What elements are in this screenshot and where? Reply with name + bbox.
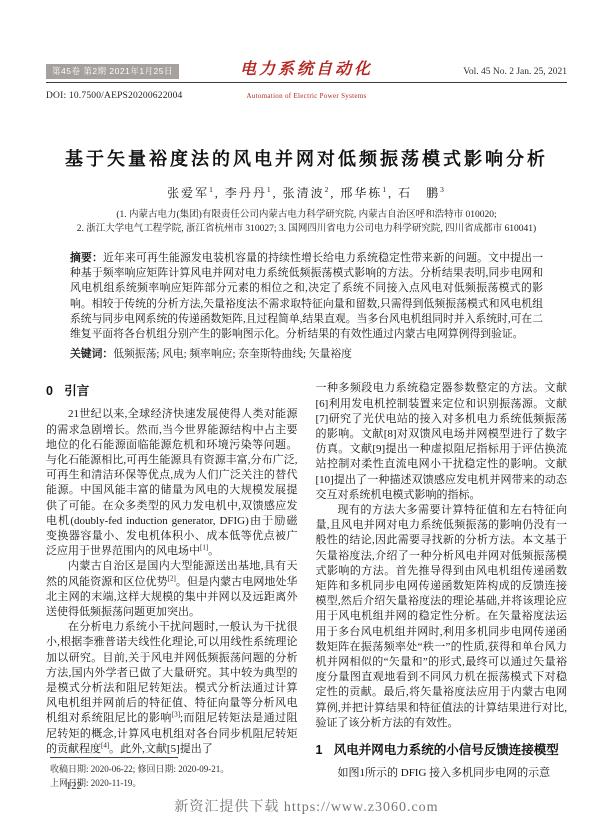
keywords-text: 低频振荡; 风电; 频率响应; 奈奎斯特曲线; 矢量裕度 [113, 348, 352, 360]
paragraph: 内蒙古自治区是国内大型能源送出基地,具有天然的风能资源和区位优势[2]。但是内蒙… [46, 559, 298, 620]
affiliation-line-2: 2. 浙江大学电气工程学院, 浙江省杭州市 310027; 3. 国网四川省电力… [46, 223, 567, 237]
journal-logo: 电力系统自动化 [240, 59, 373, 78]
header-center-cell: 电力系统自动化 [220, 56, 394, 79]
left-column: 0引言 21世纪以来,全球经济快速发展使得人类对能源的需求急剧增长。然而,当今世… [46, 381, 298, 779]
header-row-bottom: DOI: 10.7500/AEPS20200622004 Automation … [46, 85, 567, 103]
abstract-label: 摘要： [70, 252, 103, 264]
watermark: 新资汇提供下载 https://www.z3060.com [0, 796, 613, 816]
issue-info-en: Vol. 45 No. 2 Jan. 25, 2021 [463, 67, 567, 77]
doi-text: DOI: 10.7500/AEPS20200622004 [46, 91, 183, 101]
section-number: 0 [46, 384, 53, 398]
keywords: 关键词：低频振荡; 风电; 频率响应; 奈奎斯特曲线; 矢量裕度 [70, 347, 543, 362]
paragraph: 21世纪以来,全球经济快速发展使得人类对能源的需求急剧增长。然而,当今世界能源结… [46, 407, 298, 559]
abstract: 摘要：近年来可再生能源发电装机容量的持续性增长给电力系统稳定性带来新的问题。文中… [70, 251, 543, 342]
footnote-rule [50, 757, 178, 758]
header-left-cell: 第45卷 第2期 2021年1月25日 [46, 61, 220, 79]
issue-info-cn-badge: 第45卷 第2期 2021年1月25日 [46, 64, 179, 79]
right-column: 一种多频段电力系统稳定器参数整定的方法。文献[6]利用发电机控制装置来定位和识别… [316, 381, 568, 781]
section-title: 风电并网电力系统的小信号反馈连接模型 [334, 743, 559, 757]
footnote-line-2: 上网日期: 2020-11-19。 [50, 777, 298, 791]
header-right-cell: Vol. 45 No. 2 Jan. 25, 2021 [393, 61, 567, 79]
doi-cell: DOI: 10.7500/AEPS20200622004 [46, 85, 220, 103]
affiliations: (1. 内蒙古电力(集团)有限责任公司内蒙古电力科学研究院, 内蒙古自治区呼和浩… [46, 209, 567, 236]
section-title: 引言 [64, 384, 89, 398]
paragraph: 在分析电力系统小干扰问题时,一般认为干扰很小,根据李雅普诺夫线性化理论,可以用线… [46, 620, 298, 757]
journal-name-en-cell: Automation of Electric Power Systems [220, 85, 394, 103]
journal-name-en: Automation of Electric Power Systems [246, 92, 366, 100]
paragraph: 一种多频段电力系统稳定器参数整定的方法。文献[6]利用发电机控制装置来定位和识别… [316, 381, 568, 503]
body-columns: 0引言 21世纪以来,全球经济快速发展使得人类对能源的需求急剧增长。然而,当今世… [46, 381, 567, 781]
received-dates-footnote: 收稿日期: 2020-06-22; 修回日期: 2020-09-21。 上网日期… [46, 757, 298, 790]
keywords-label: 关键词： [70, 348, 113, 360]
paragraph: 如图1所示的 DFIG 接入多机同步电网的示意 [316, 766, 568, 781]
section-heading-1: 1风电并网电力系统的小信号反馈连接模型 [316, 742, 568, 759]
header-row-top: 第45卷 第2期 2021年1月25日 电力系统自动化 Vol. 45 No. … [46, 56, 567, 83]
journal-page: 第45卷 第2期 2021年1月25日 电力系统自动化 Vol. 45 No. … [0, 0, 613, 825]
paragraph: 现有的方法大多需要计算特征值和左右特征向量,且风电并网对电力系统低频振荡的影响仍… [316, 503, 568, 731]
journal-header: 第45卷 第2期 2021年1月25日 电力系统自动化 Vol. 45 No. … [46, 56, 567, 103]
affiliation-line-1: (1. 内蒙古电力(集团)有限责任公司内蒙古电力科学研究院, 内蒙古自治区呼和浩… [46, 209, 567, 223]
author-list: 张爱军1, 李丹丹1, 张清波2, 邢华栋1, 石 鹏3 [46, 184, 567, 201]
abstract-text: 近年来可再生能源发电装机容量的持续性增长给电力系统稳定性带来新的问题。文中提出一… [70, 252, 543, 340]
footnote-line-1: 收稿日期: 2020-06-22; 修回日期: 2020-09-21。 [50, 763, 298, 777]
page-number: 122 [66, 781, 82, 792]
section-number: 1 [316, 743, 323, 757]
article-title: 基于矢量裕度法的风电并网对低频振荡模式影响分析 [46, 145, 567, 171]
section-heading-intro: 0引言 [46, 383, 298, 400]
